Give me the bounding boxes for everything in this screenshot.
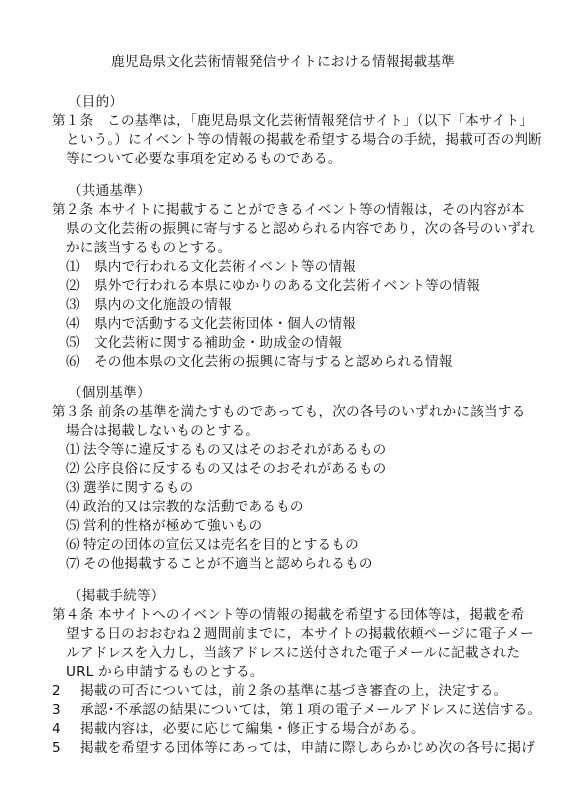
item-text: 政治的又は宗教的な活動であるもの bbox=[83, 499, 304, 515]
item-text: その他本県の文化芸術の振興に寄与すると認められる情報 bbox=[94, 354, 453, 370]
item-number: ⑴ bbox=[66, 441, 83, 460]
item-text: 公序良俗に反するもの又はそのおそれがあるもの bbox=[83, 461, 386, 477]
paragraph-number: 3 bbox=[52, 701, 80, 720]
list-item: ⑴法令等に違反するもの又はそのおそれがあるもの bbox=[66, 441, 386, 460]
item-number: ⑹ bbox=[66, 353, 94, 372]
paragraph-text: 掲載の可否については，前２条の基準に基づき審査の上，決定する。 bbox=[80, 683, 507, 699]
item-number: ⑵ bbox=[66, 460, 83, 479]
list-item: ⑵公序良俗に反するもの又はそのおそれがあるもの bbox=[66, 460, 386, 479]
section-heading-individual-criteria: （個別基準） bbox=[68, 384, 151, 403]
list-item: ⑷県内で活動する文化芸術団体・個人の情報 bbox=[66, 315, 356, 334]
article-4-line: 第４条 本サイトへのイベント等の情報の掲載を希望する団体等は，掲載を希 bbox=[52, 606, 525, 625]
item-text: 特定の団体の宣伝又は売名を目的とするもの bbox=[83, 537, 359, 553]
paragraph-text: 掲載内容は，必要に応じて編集・修正する場合がある。 bbox=[80, 721, 425, 737]
document-title: 鹿児島県文化芸術情報発信サイトにおける情報掲載基準 bbox=[0, 53, 566, 72]
article-3-line: 場合は掲載しないものとする。 bbox=[66, 422, 259, 441]
list-item: ⑶選挙に関するもの bbox=[66, 479, 193, 498]
paragraph: 4掲載内容は，必要に応じて編集・修正する場合がある。 bbox=[52, 720, 425, 739]
section-heading-procedure: （掲載手続等） bbox=[68, 587, 165, 606]
item-number: ⑹ bbox=[66, 536, 83, 555]
paragraph: 2掲載の可否については，前２条の基準に基づき審査の上，決定する。 bbox=[52, 682, 507, 701]
item-text: 県内の文化施設の情報 bbox=[94, 297, 232, 313]
item-text: 選挙に関するもの bbox=[83, 480, 193, 496]
list-item: ⑴県内で行われる文化芸術イベント等の情報 bbox=[66, 258, 356, 277]
item-number: ⑵ bbox=[66, 277, 94, 296]
item-number: ⑷ bbox=[66, 315, 94, 334]
article-2-line: かに該当するものとする。 bbox=[66, 239, 232, 258]
article-4-line: 望する日のおおむね２週間前までに，本サイトの掲載依頼ページに電子メー bbox=[66, 625, 534, 644]
paragraph-number: 4 bbox=[52, 720, 80, 739]
list-item: ⑹その他本県の文化芸術の振興に寄与すると認められる情報 bbox=[66, 353, 453, 372]
item-text: 法令等に違反するもの又はそのおそれがあるもの bbox=[83, 442, 386, 458]
item-number: ⑺ bbox=[66, 555, 83, 574]
paragraph-text: 承認･不承認の結果については，第１項の電子メールアドレスに送信する。 bbox=[80, 702, 541, 718]
item-number: ⑴ bbox=[66, 258, 94, 277]
item-number: ⑸ bbox=[66, 517, 83, 536]
paragraph: 3承認･不承認の結果については，第１項の電子メールアドレスに送信する。 bbox=[52, 701, 541, 720]
article-1-line: 等について必要な事項を定めるものである。 bbox=[66, 150, 342, 169]
paragraph-number: 2 bbox=[52, 682, 80, 701]
article-4-line: URL から申請するものとする。 bbox=[66, 663, 264, 682]
item-number: ⑸ bbox=[66, 334, 94, 353]
paragraph-number: 5 bbox=[52, 739, 80, 758]
article-2-line: 第２条 本サイトに掲載することができるイベント等の情報は，その内容が本 bbox=[52, 201, 525, 220]
paragraph-text: 掲載を希望する団体等にあっては，申請に際しあらかじめ次の各号に掲げ bbox=[80, 740, 535, 756]
list-item: ⑵県外で行われる本県にゆかりのある文化芸術イベント等の情報 bbox=[66, 277, 480, 296]
item-number: ⑷ bbox=[66, 498, 83, 517]
article-2-line: 県の文化芸術の振興に寄与すると認められる内容であり，次の各号のいずれ bbox=[66, 220, 535, 239]
item-text: 県内で行われる文化芸術イベント等の情報 bbox=[94, 259, 356, 275]
list-item: ⑺その他掲載することが不適当と認められるもの bbox=[66, 555, 373, 574]
list-item: ⑸文化芸術に関する補助金・助成金の情報 bbox=[66, 334, 342, 353]
item-text: 営利的性格が極めて強いもの bbox=[83, 518, 262, 534]
section-heading-common-criteria: （共通基準） bbox=[68, 182, 151, 201]
item-number: ⑶ bbox=[66, 296, 94, 315]
article-4-line: ルアドレスを入力し，当該アドレスに送付された電子メールに記載された bbox=[66, 644, 520, 663]
article-3-line: 第３条 前条の基準を満たすものであっても，次の各号のいずれかに該当する bbox=[52, 403, 525, 422]
list-item: ⑸営利的性格が極めて強いもの bbox=[66, 517, 262, 536]
item-number: ⑶ bbox=[66, 479, 83, 498]
list-item: ⑹特定の団体の宣伝又は売名を目的とするもの bbox=[66, 536, 359, 555]
article-1-line: 第１条 この基準は，「鹿児島県文化芸術情報発信サイト」（以下「本サイト」 bbox=[52, 112, 533, 131]
item-text: 県外で行われる本県にゆかりのある文化芸術イベント等の情報 bbox=[94, 278, 480, 294]
item-text: 文化芸術に関する補助金・助成金の情報 bbox=[94, 335, 342, 351]
item-text: その他掲載することが不適当と認められるもの bbox=[83, 556, 373, 572]
item-text: 県内で活動する文化芸術団体・個人の情報 bbox=[94, 316, 356, 332]
list-item: ⑷政治的又は宗教的な活動であるもの bbox=[66, 498, 304, 517]
list-item: ⑶県内の文化施設の情報 bbox=[66, 296, 232, 315]
article-1-line: という。）にイベント等の情報の掲載を希望する場合の手続，掲載可否の判断 bbox=[66, 131, 542, 150]
paragraph: 5掲載を希望する団体等にあっては，申請に際しあらかじめ次の各号に掲げ bbox=[52, 739, 535, 758]
section-heading-purpose: （目的） bbox=[68, 93, 123, 112]
